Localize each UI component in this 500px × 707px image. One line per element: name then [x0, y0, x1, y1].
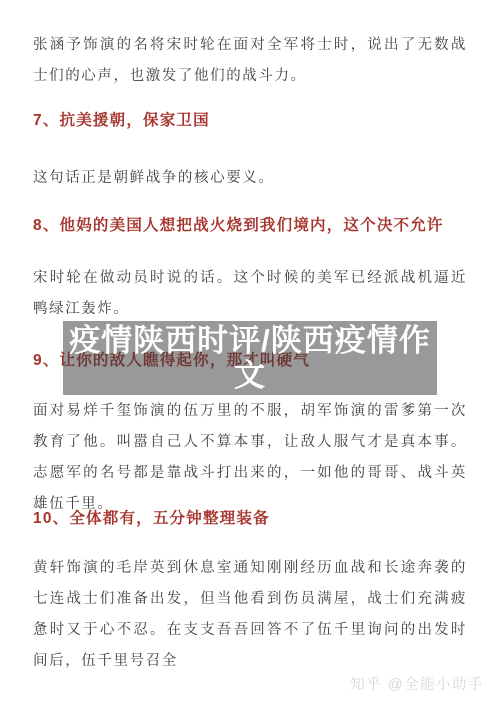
paragraph-song-shilun-speech: 张涵予饰演的名将宋时轮在面对全军将士时，说出了无数战士们的心声，也激发了他们的战…	[33, 30, 467, 92]
zhihu-watermark: 知乎 @全能小助手	[350, 673, 484, 694]
heading-8: 8、他妈的美国人想把战火烧到我们境内，这个决不允许	[33, 215, 467, 237]
heading-10: 10、全体都有，五分钟整理装备	[33, 508, 467, 530]
gray-overlay-banner: 疫情陕西时评/陕西疫情作文	[63, 321, 437, 395]
paragraph-lei-die-lesson: 面对易烊千玺饰演的伍万里的不服，胡军饰演的雷爹第一次教育了他。叫嚣自己人不算本事…	[33, 396, 467, 520]
overlay-banner-text: 疫情陕西时评/陕西疫情作文	[63, 323, 437, 393]
article-page: 张涵予饰演的名将宋时轮在面对全军将士时，说出了无数战士们的心声，也激发了他们的战…	[0, 0, 500, 707]
heading-7: 7、抗美援朝，保家卫国	[33, 110, 467, 132]
paragraph-korean-war-core: 这句话正是朝鲜战争的核心要义。	[33, 163, 467, 194]
paragraph-mobilization: 宋时轮在做动员时说的话。这个时候的美军已经派战机逼近鸭绿江轰炸。	[33, 263, 467, 325]
paragraph-mao-anying-notice: 黄轩饰演的毛岸英到休息室通知刚刚经历血战和长途奔袭的七连战士们准备出发，但当他看…	[33, 553, 467, 677]
